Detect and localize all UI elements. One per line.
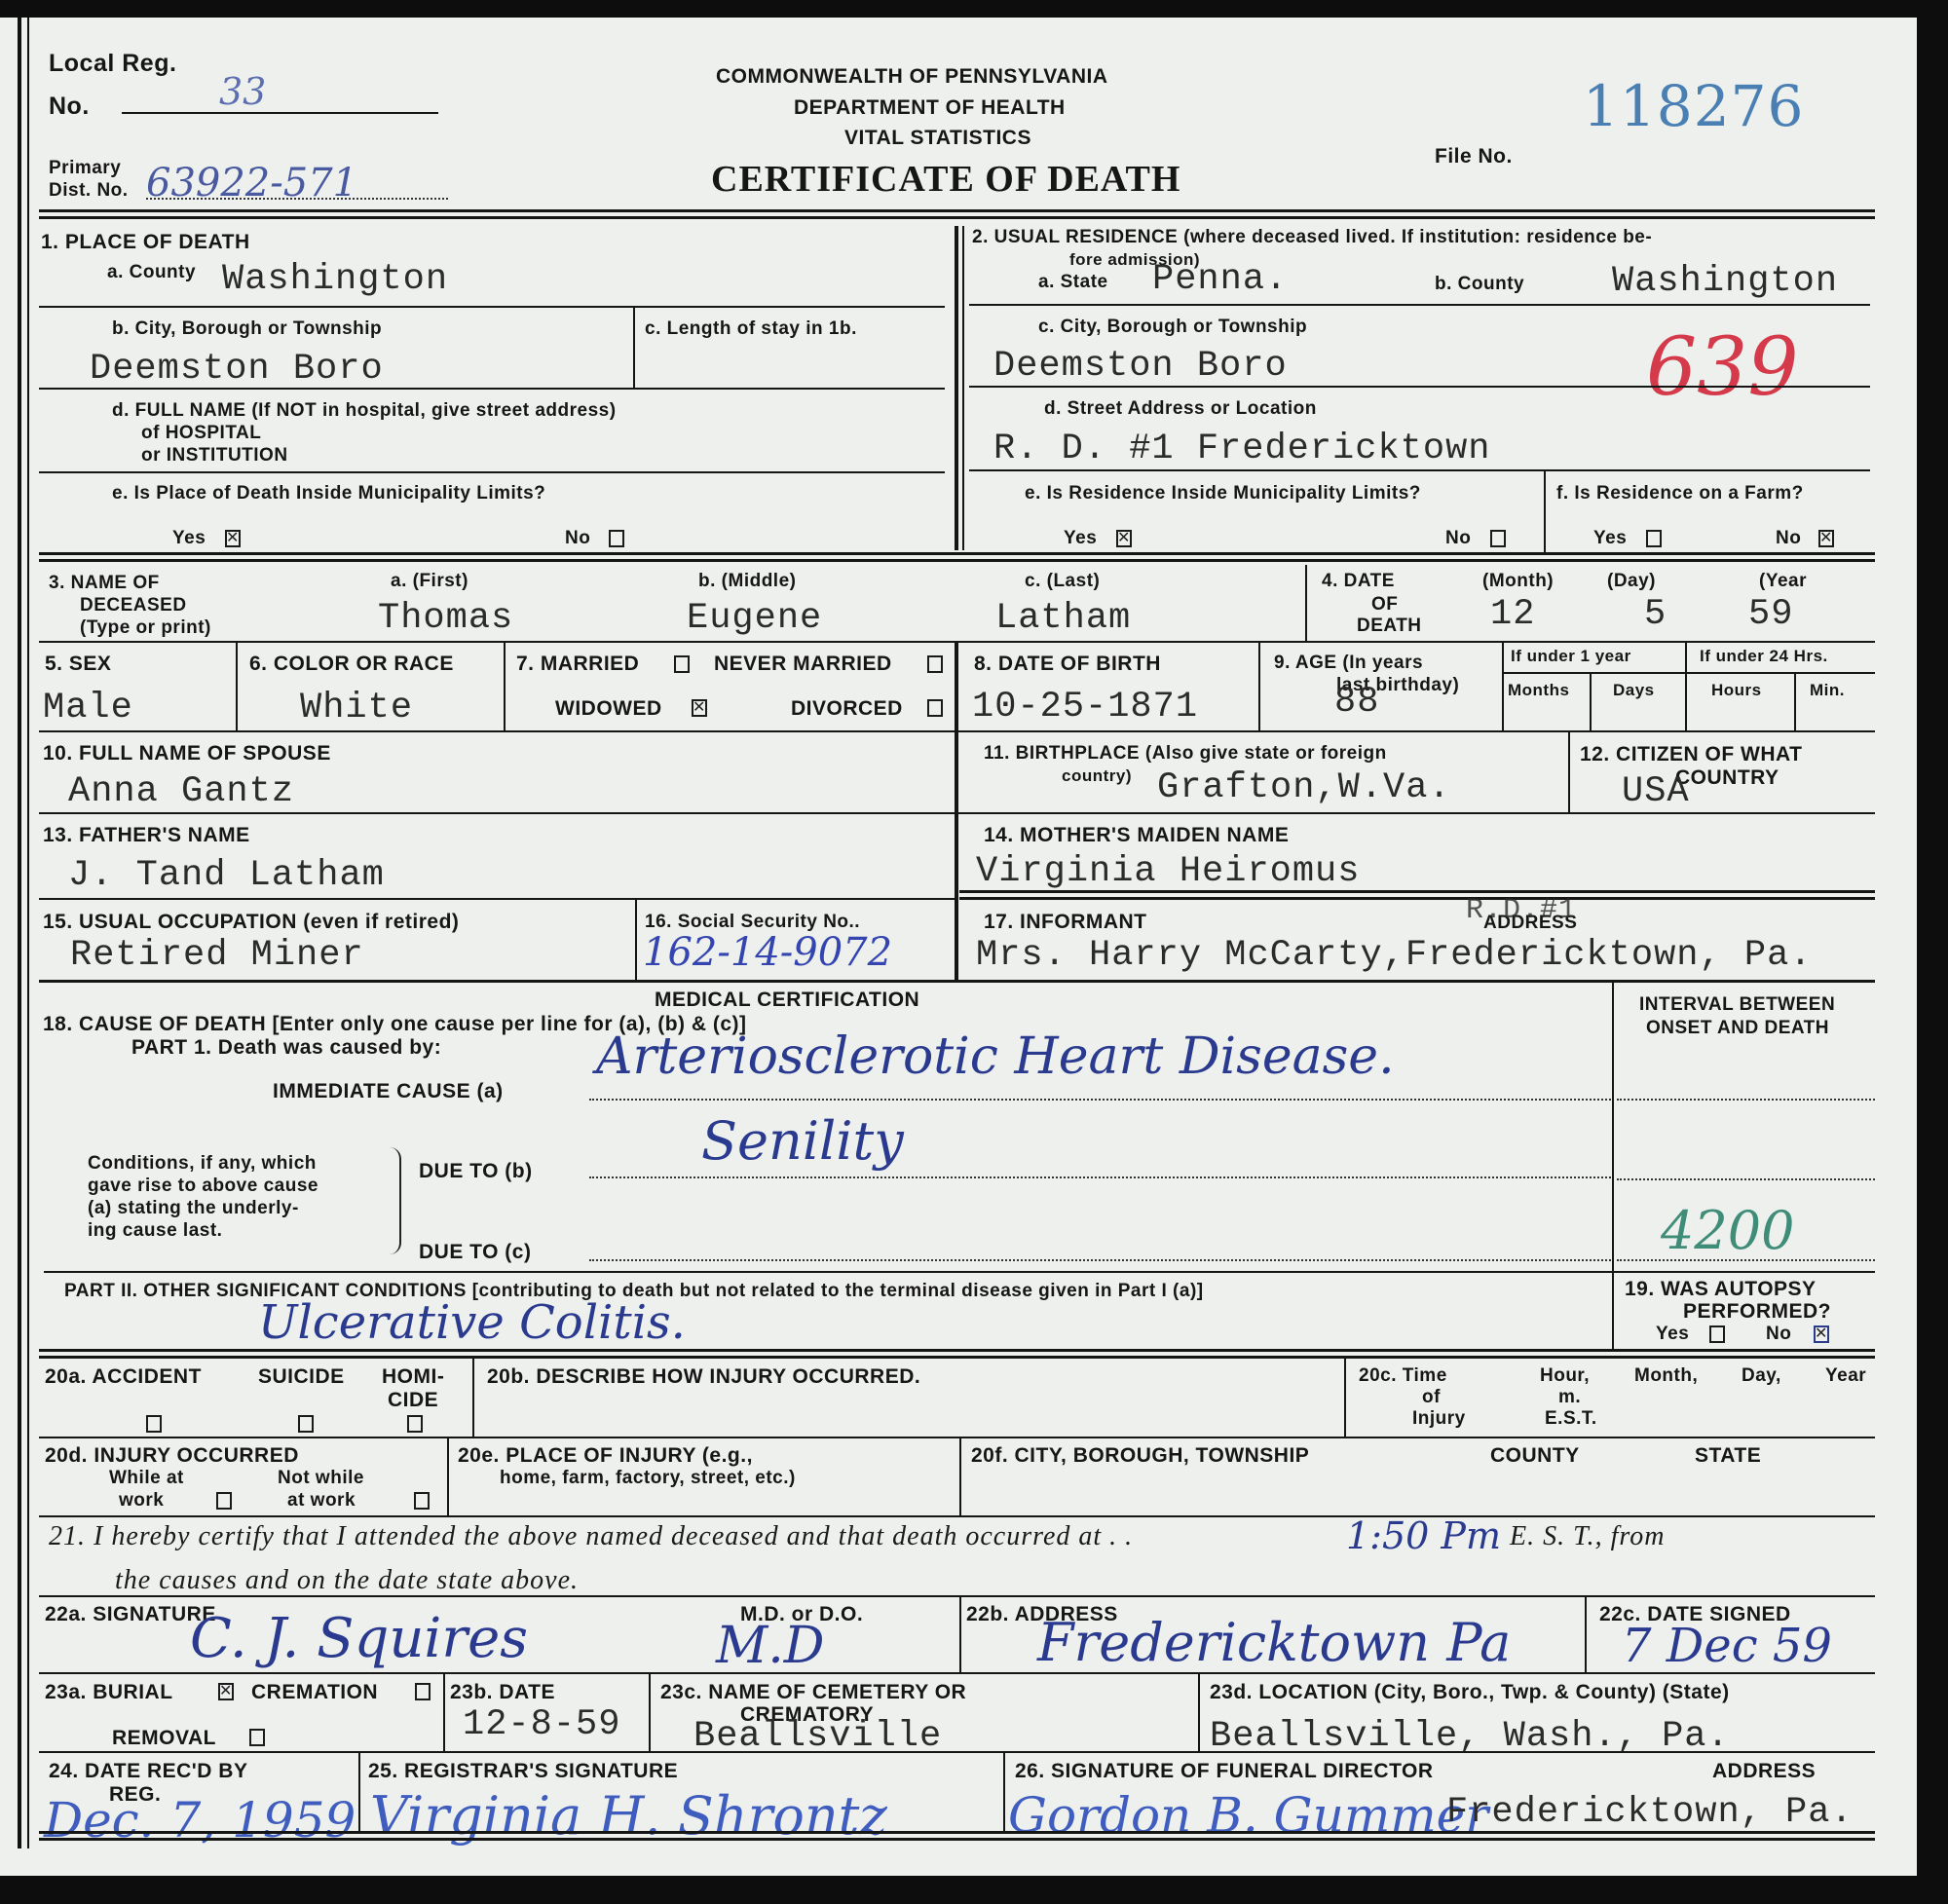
rule <box>1590 672 1592 730</box>
removal-label: REMOVAL <box>112 1728 216 1749</box>
dod-label-1: 4. DATE <box>1322 572 1395 591</box>
pod-yes-label: Yes <box>172 529 206 548</box>
funeral-address-value: Fredericktown, Pa. <box>1446 1792 1854 1833</box>
conditions-brace <box>390 1147 401 1254</box>
rule <box>1305 565 1307 643</box>
birthplace-label-1: 11. BIRTHPLACE (Also give state or forei… <box>984 744 1387 764</box>
not-while-at-work-label-2: at work <box>287 1491 356 1511</box>
rule <box>39 306 945 308</box>
page-title: CERTIFICATE OF DEATH <box>711 158 1180 201</box>
while-at-work-label-2: work <box>119 1491 164 1511</box>
pod-county-label: a. County <box>107 263 196 282</box>
time-of-injury-label-3: Injury <box>1412 1409 1466 1429</box>
due-to-c-label: DUE TO (c) <box>419 1242 531 1263</box>
birthplace-label-2: country) <box>1062 767 1132 785</box>
rule <box>39 388 945 390</box>
widowed-checkbox[interactable] <box>692 699 707 717</box>
rule <box>39 812 1875 814</box>
date-signed-value: 7 Dec 59 <box>1622 1619 1832 1673</box>
rule <box>649 1672 651 1752</box>
medical-heading: MEDICAL CERTIFICATION <box>655 989 919 1011</box>
immediate-cause-value: Arteriosclerotic Heart Disease. <box>596 1027 1395 1086</box>
pod-hospital-label-3: or INSTITUTION <box>141 446 288 466</box>
interval-code: 4200 <box>1661 1200 1794 1261</box>
due-to-c-line <box>589 1259 1614 1261</box>
sex-label: 5. SEX <box>45 653 111 675</box>
injury-state-label: STATE <box>1695 1445 1761 1467</box>
name-label-2: DECEASED <box>80 596 187 616</box>
rule <box>635 898 637 982</box>
dod-day-label: (Day) <box>1607 572 1656 591</box>
interval-line-b <box>1617 1178 1875 1180</box>
mother-value: Virginia Heiromus <box>976 851 1360 892</box>
dist-no: 63922-571 <box>146 161 357 205</box>
rule <box>955 641 958 730</box>
cremation-checkbox[interactable] <box>415 1683 431 1700</box>
dod-year-value: 59 <box>1748 594 1793 635</box>
injury-month-label: Month, <box>1634 1366 1698 1386</box>
pod-hospital-label-2: of HOSPITAL <box>141 424 261 443</box>
dod-month-label: (Month) <box>1482 572 1554 591</box>
divorced-checkbox[interactable] <box>927 699 943 717</box>
mother-label: 14. MOTHER'S MAIDEN NAME <box>984 825 1289 846</box>
immediate-cause-label: IMMEDIATE CAUSE (a) <box>273 1081 504 1102</box>
ssn-value: 162-14-9072 <box>643 930 892 975</box>
time-of-injury-label-2: of <box>1422 1388 1441 1407</box>
res-inside-limits-no-checkbox[interactable] <box>1490 530 1506 547</box>
homicide-label-2: CIDE <box>388 1390 438 1411</box>
interval-line-a <box>1617 1099 1875 1101</box>
rule <box>1685 641 1687 730</box>
dist-no-label: Dist. No. <box>49 181 129 201</box>
rule <box>39 980 1875 983</box>
physician-signature: C. J. Squires <box>190 1607 528 1670</box>
left-border-inner <box>27 18 29 1848</box>
rule <box>955 730 958 982</box>
place-of-injury-label-1: 20e. PLACE OF INJURY (e.g., <box>458 1445 753 1467</box>
first-name-label: a. (First) <box>391 572 468 591</box>
dod-label-2: OF <box>1371 595 1398 615</box>
agency-line-2: DEPARTMENT OF HEALTH <box>794 97 1066 119</box>
agency-line-3: VITAL STATISTICS <box>844 128 1031 149</box>
not-while-at-work-label-1: Not while <box>278 1469 364 1488</box>
certify-line-1: 21. I hereby certify that I attended the… <box>49 1521 1133 1552</box>
homicide-checkbox[interactable] <box>407 1415 423 1433</box>
autopsy-no-checkbox[interactable] <box>1814 1325 1829 1343</box>
first-name-value: Thomas <box>378 598 513 639</box>
due-to-b-label: DUE TO (b) <box>419 1161 533 1182</box>
injury-county-label: COUNTY <box>1490 1445 1580 1467</box>
dob-value: 10-25-1871 <box>972 687 1198 728</box>
res-state-value: Penna. <box>1152 259 1288 300</box>
name-label-3: (Type or print) <box>80 618 211 638</box>
sex-value: Male <box>43 688 133 728</box>
autopsy-yes-checkbox[interactable] <box>1709 1325 1725 1343</box>
race-label: 6. COLOR OR RACE <box>249 653 454 675</box>
local-reg-line <box>122 112 438 114</box>
immediate-cause-line <box>589 1099 1614 1101</box>
place-of-death-label: 1. PLACE OF DEATH <box>41 232 250 253</box>
married-checkbox[interactable] <box>674 655 690 673</box>
conditions-label-4: ing cause last. <box>88 1221 222 1241</box>
agency-line-1: COMMONWEALTH OF PENNSYLVANIA <box>716 66 1107 88</box>
rule <box>504 641 506 730</box>
res-street-value: R. D. #1 Fredericktown <box>993 429 1490 469</box>
homicide-label-1: HOMI- <box>382 1366 444 1388</box>
min-label: Min. <box>1810 682 1845 699</box>
section-divider <box>955 226 958 550</box>
res-county-label: b. County <box>1435 275 1524 294</box>
pod-county-value: Washington <box>222 259 448 300</box>
local-reg-label: Local Reg. <box>49 51 176 76</box>
res-farm-label: f. Is Residence on a Farm? <box>1556 484 1804 504</box>
occupation-value: Retired Miner <box>70 935 364 976</box>
res-inside-limits-yes-checkbox[interactable] <box>1116 530 1132 547</box>
widowed-label: WIDOWED <box>555 698 662 720</box>
funeral-director-label: 26. SIGNATURE OF FUNERAL DIRECTOR <box>1015 1761 1434 1782</box>
rule <box>969 386 1870 388</box>
date-recd-label-1: 24. DATE REC'D BY <box>49 1761 247 1782</box>
injury-city-label: 20f. CITY, BOROUGH, TOWNSHIP <box>971 1445 1309 1467</box>
conditions-label-2: gave rise to above cause <box>88 1176 318 1196</box>
interval-label-1: INTERVAL BETWEEN <box>1639 995 1835 1015</box>
describe-injury-label: 20b. DESCRIBE HOW INJURY OCCURRED. <box>487 1366 920 1388</box>
suicide-checkbox[interactable] <box>298 1415 314 1433</box>
rule <box>39 471 945 473</box>
rule <box>39 1595 1875 1597</box>
pod-hospital-label: d. FULL NAME (If NOT in hospital, give s… <box>112 401 617 421</box>
funeral-address-label: ADDRESS <box>1712 1761 1816 1782</box>
rule <box>1344 1357 1346 1438</box>
informant-label: 17. INFORMANT <box>984 912 1147 933</box>
rule <box>1612 980 1614 1350</box>
age-value: 88 <box>1334 682 1379 723</box>
rule <box>472 1357 474 1438</box>
res-city-value: Deemston Boro <box>993 346 1288 387</box>
pod-inside-limits-no-checkbox[interactable] <box>609 530 624 547</box>
registrar-label: 25. REGISTRAR'S SIGNATURE <box>368 1761 678 1782</box>
burial-date-label: 23b. DATE <box>450 1682 555 1703</box>
conditions-label-1: Conditions, if any, which <box>88 1154 317 1174</box>
autopsy-yes-label: Yes <box>1656 1325 1689 1344</box>
rule <box>633 306 635 388</box>
rule <box>1258 641 1260 730</box>
injury-day-label: Day, <box>1742 1366 1781 1386</box>
dod-day-value: 5 <box>1644 594 1667 635</box>
certify-line-1-end: E. S. T., from <box>1510 1521 1665 1552</box>
file-no-stamp: 118276 <box>1583 73 1804 139</box>
while-at-work-label-1: While at <box>109 1469 184 1488</box>
cremation-label: CREMATION <box>251 1682 378 1703</box>
accident-checkbox[interactable] <box>146 1415 162 1433</box>
header-rule <box>39 209 1875 212</box>
informant-address-extra: R.D.#1 <box>1466 894 1577 927</box>
usual-residence-label: 2. USUAL RESIDENCE (where deceased lived… <box>972 228 1652 247</box>
local-reg-no: 33 <box>219 70 266 113</box>
rule <box>44 1271 1875 1273</box>
rule <box>1003 1751 1005 1831</box>
hour-label-2: m. <box>1558 1388 1581 1407</box>
days-label: Days <box>1613 682 1655 699</box>
res-yes-label: Yes <box>1064 529 1097 548</box>
res-city-label: c. City, Borough or Township <box>1038 317 1307 337</box>
race-value: White <box>300 688 413 728</box>
rule <box>39 1437 1875 1438</box>
pod-length-label: c. Length of stay in 1b. <box>645 319 857 339</box>
suicide-label: SUICIDE <box>258 1366 345 1388</box>
res-state-label: a. State <box>1038 273 1108 292</box>
degree-value: M.D <box>716 1617 824 1675</box>
interval-label-2: ONSET AND DEATH <box>1646 1019 1829 1038</box>
file-no-label: File No. <box>1435 146 1513 168</box>
rule-double-bottom <box>39 1831 1875 1834</box>
father-label: 13. FATHER'S NAME <box>43 825 250 846</box>
injury-year-label: Year <box>1825 1366 1866 1386</box>
middle-name-value: Eugene <box>687 598 822 639</box>
autopsy-label-1: 19. WAS AUTOPSY <box>1625 1279 1817 1300</box>
pod-inside-limits-label: e. Is Place of Death Inside Municipality… <box>112 484 545 504</box>
cemetery-label-1: 23c. NAME OF CEMETERY OR <box>660 1682 966 1703</box>
while-at-work-checkbox[interactable] <box>216 1492 232 1510</box>
dod-label-3: DEATH <box>1357 616 1422 636</box>
part2-value: Ulcerative Colitis. <box>258 1295 686 1350</box>
pod-no-label: No <box>565 529 590 548</box>
burial-checkbox[interactable] <box>218 1683 234 1700</box>
rule <box>443 1672 445 1752</box>
autopsy-no-label: No <box>1766 1325 1791 1344</box>
rule <box>236 641 238 730</box>
under-24-hrs-label: If under 24 Hrs. <box>1700 648 1828 665</box>
autopsy-label-2: PERFORMED? <box>1683 1301 1831 1323</box>
rule <box>358 1751 360 1831</box>
res-street-label: d. Street Address or Location <box>1044 399 1317 419</box>
dod-year-label: (Year <box>1759 572 1807 591</box>
left-border <box>18 18 21 1848</box>
age-label-1: 9. AGE (In years <box>1274 653 1423 673</box>
dod-month-value: 12 <box>1490 594 1535 635</box>
res-county-value: Washington <box>1612 261 1838 302</box>
hour-label-1: Hour, <box>1540 1366 1590 1386</box>
pod-inside-limits-yes-checkbox[interactable] <box>225 530 241 547</box>
conditions-label-3: (a) stating the underly- <box>88 1199 299 1218</box>
father-value: J. Tand Latham <box>68 855 385 896</box>
farm-yes-label: Yes <box>1593 529 1627 548</box>
primary-label: Primary <box>49 159 121 178</box>
due-to-b-value: Senility <box>701 1110 904 1172</box>
pod-city-label: b. City, Borough or Township <box>112 319 382 339</box>
time-of-injury-label-1: 20c. Time <box>1359 1366 1447 1386</box>
never-married-checkbox[interactable] <box>927 655 943 673</box>
farm-yes-checkbox[interactable] <box>1646 530 1662 547</box>
pod-city-value: Deemston Boro <box>90 349 384 390</box>
rule <box>1198 1672 1200 1752</box>
removal-checkbox[interactable] <box>249 1729 265 1746</box>
rule <box>39 1672 1875 1674</box>
rule <box>1502 672 1875 674</box>
part1-label: PART 1. Death was caused by: <box>131 1037 441 1059</box>
time-of-death: 1:50 Pm <box>1346 1514 1501 1557</box>
rule <box>969 469 1870 471</box>
rule <box>1794 672 1796 730</box>
place-of-injury-label-2: home, farm, factory, street, etc.) <box>500 1469 796 1488</box>
middle-name-label: b. (Middle) <box>698 572 796 591</box>
rule <box>959 1595 961 1673</box>
informant-value: Mrs. Harry McCarty,Fredericktown, Pa. <box>976 935 1813 976</box>
occupation-label: 15. USUAL OCCUPATION (even if retired) <box>43 912 459 933</box>
spouse-value: Anna Gantz <box>68 771 294 812</box>
due-to-b-line <box>589 1176 1614 1178</box>
rule-double <box>39 552 1875 555</box>
ssn-label: 16. Social Security No.. <box>645 913 860 932</box>
burial-date-value: 12-8-59 <box>463 1704 620 1745</box>
date-recd-value: Dec. 7, 1959 <box>44 1792 356 1848</box>
rule <box>1568 730 1570 812</box>
never-married-label: NEVER MARRIED <box>714 653 892 675</box>
rule-double <box>39 1349 1875 1352</box>
certify-line-2: the causes and on the date state above. <box>115 1565 579 1596</box>
citizen-label-1: 12. CITIZEN OF WHAT <box>1580 744 1802 765</box>
red-code: 639 <box>1646 321 1799 414</box>
registrar-signature: Virginia H. Shrontz <box>370 1785 887 1847</box>
rule <box>39 898 955 900</box>
not-while-at-work-checkbox[interactable] <box>414 1492 430 1510</box>
rule <box>39 1751 1875 1753</box>
res-no-label: No <box>1445 529 1471 548</box>
farm-no-label: No <box>1776 529 1801 548</box>
rule <box>1502 641 1504 730</box>
rule <box>447 1437 449 1516</box>
rule <box>1585 1595 1587 1673</box>
citizen-label-2: COUNTRY <box>1675 767 1779 789</box>
local-reg-no-label: No. <box>49 93 90 119</box>
spouse-label: 10. FULL NAME OF SPOUSE <box>43 743 331 765</box>
divorced-label: DIVORCED <box>791 698 903 720</box>
last-name-label: c. (Last) <box>1025 572 1100 591</box>
married-label: 7. MARRIED <box>516 653 639 675</box>
name-label-1: 3. NAME OF <box>49 574 160 593</box>
burial-location-label: 23d. LOCATION (City, Boro., Twp. & Count… <box>1210 1682 1730 1703</box>
physician-address: Fredericktown Pa <box>1037 1612 1511 1673</box>
accident-label: 20a. ACCIDENT <box>45 1366 202 1388</box>
citizen-value: USA <box>1622 771 1690 812</box>
rule <box>39 1515 1875 1517</box>
under-1-year-label: If under 1 year <box>1511 648 1631 665</box>
rule <box>959 1437 961 1516</box>
dob-label: 8. DATE OF BIRTH <box>974 653 1161 675</box>
rule <box>1544 469 1546 552</box>
hours-label: Hours <box>1711 682 1762 699</box>
funeral-director-signature: Gordon B. Gummer <box>1008 1787 1488 1844</box>
burial-label: 23a. BURIAL <box>45 1682 173 1703</box>
rule <box>959 890 1875 893</box>
hour-label-3: E.S.T. <box>1545 1409 1597 1429</box>
injury-occurred-label: 20d. INJURY OCCURRED <box>45 1445 299 1467</box>
rule <box>969 304 1870 306</box>
birthplace-value: Grafton,W.Va. <box>1157 767 1451 808</box>
last-name-value: Latham <box>995 598 1131 639</box>
farm-no-checkbox[interactable] <box>1818 530 1834 547</box>
res-inside-limits-label: e. Is Residence Inside Municipality Limi… <box>1025 484 1421 504</box>
section-divider-inner <box>962 226 964 550</box>
months-label: Months <box>1508 682 1569 699</box>
